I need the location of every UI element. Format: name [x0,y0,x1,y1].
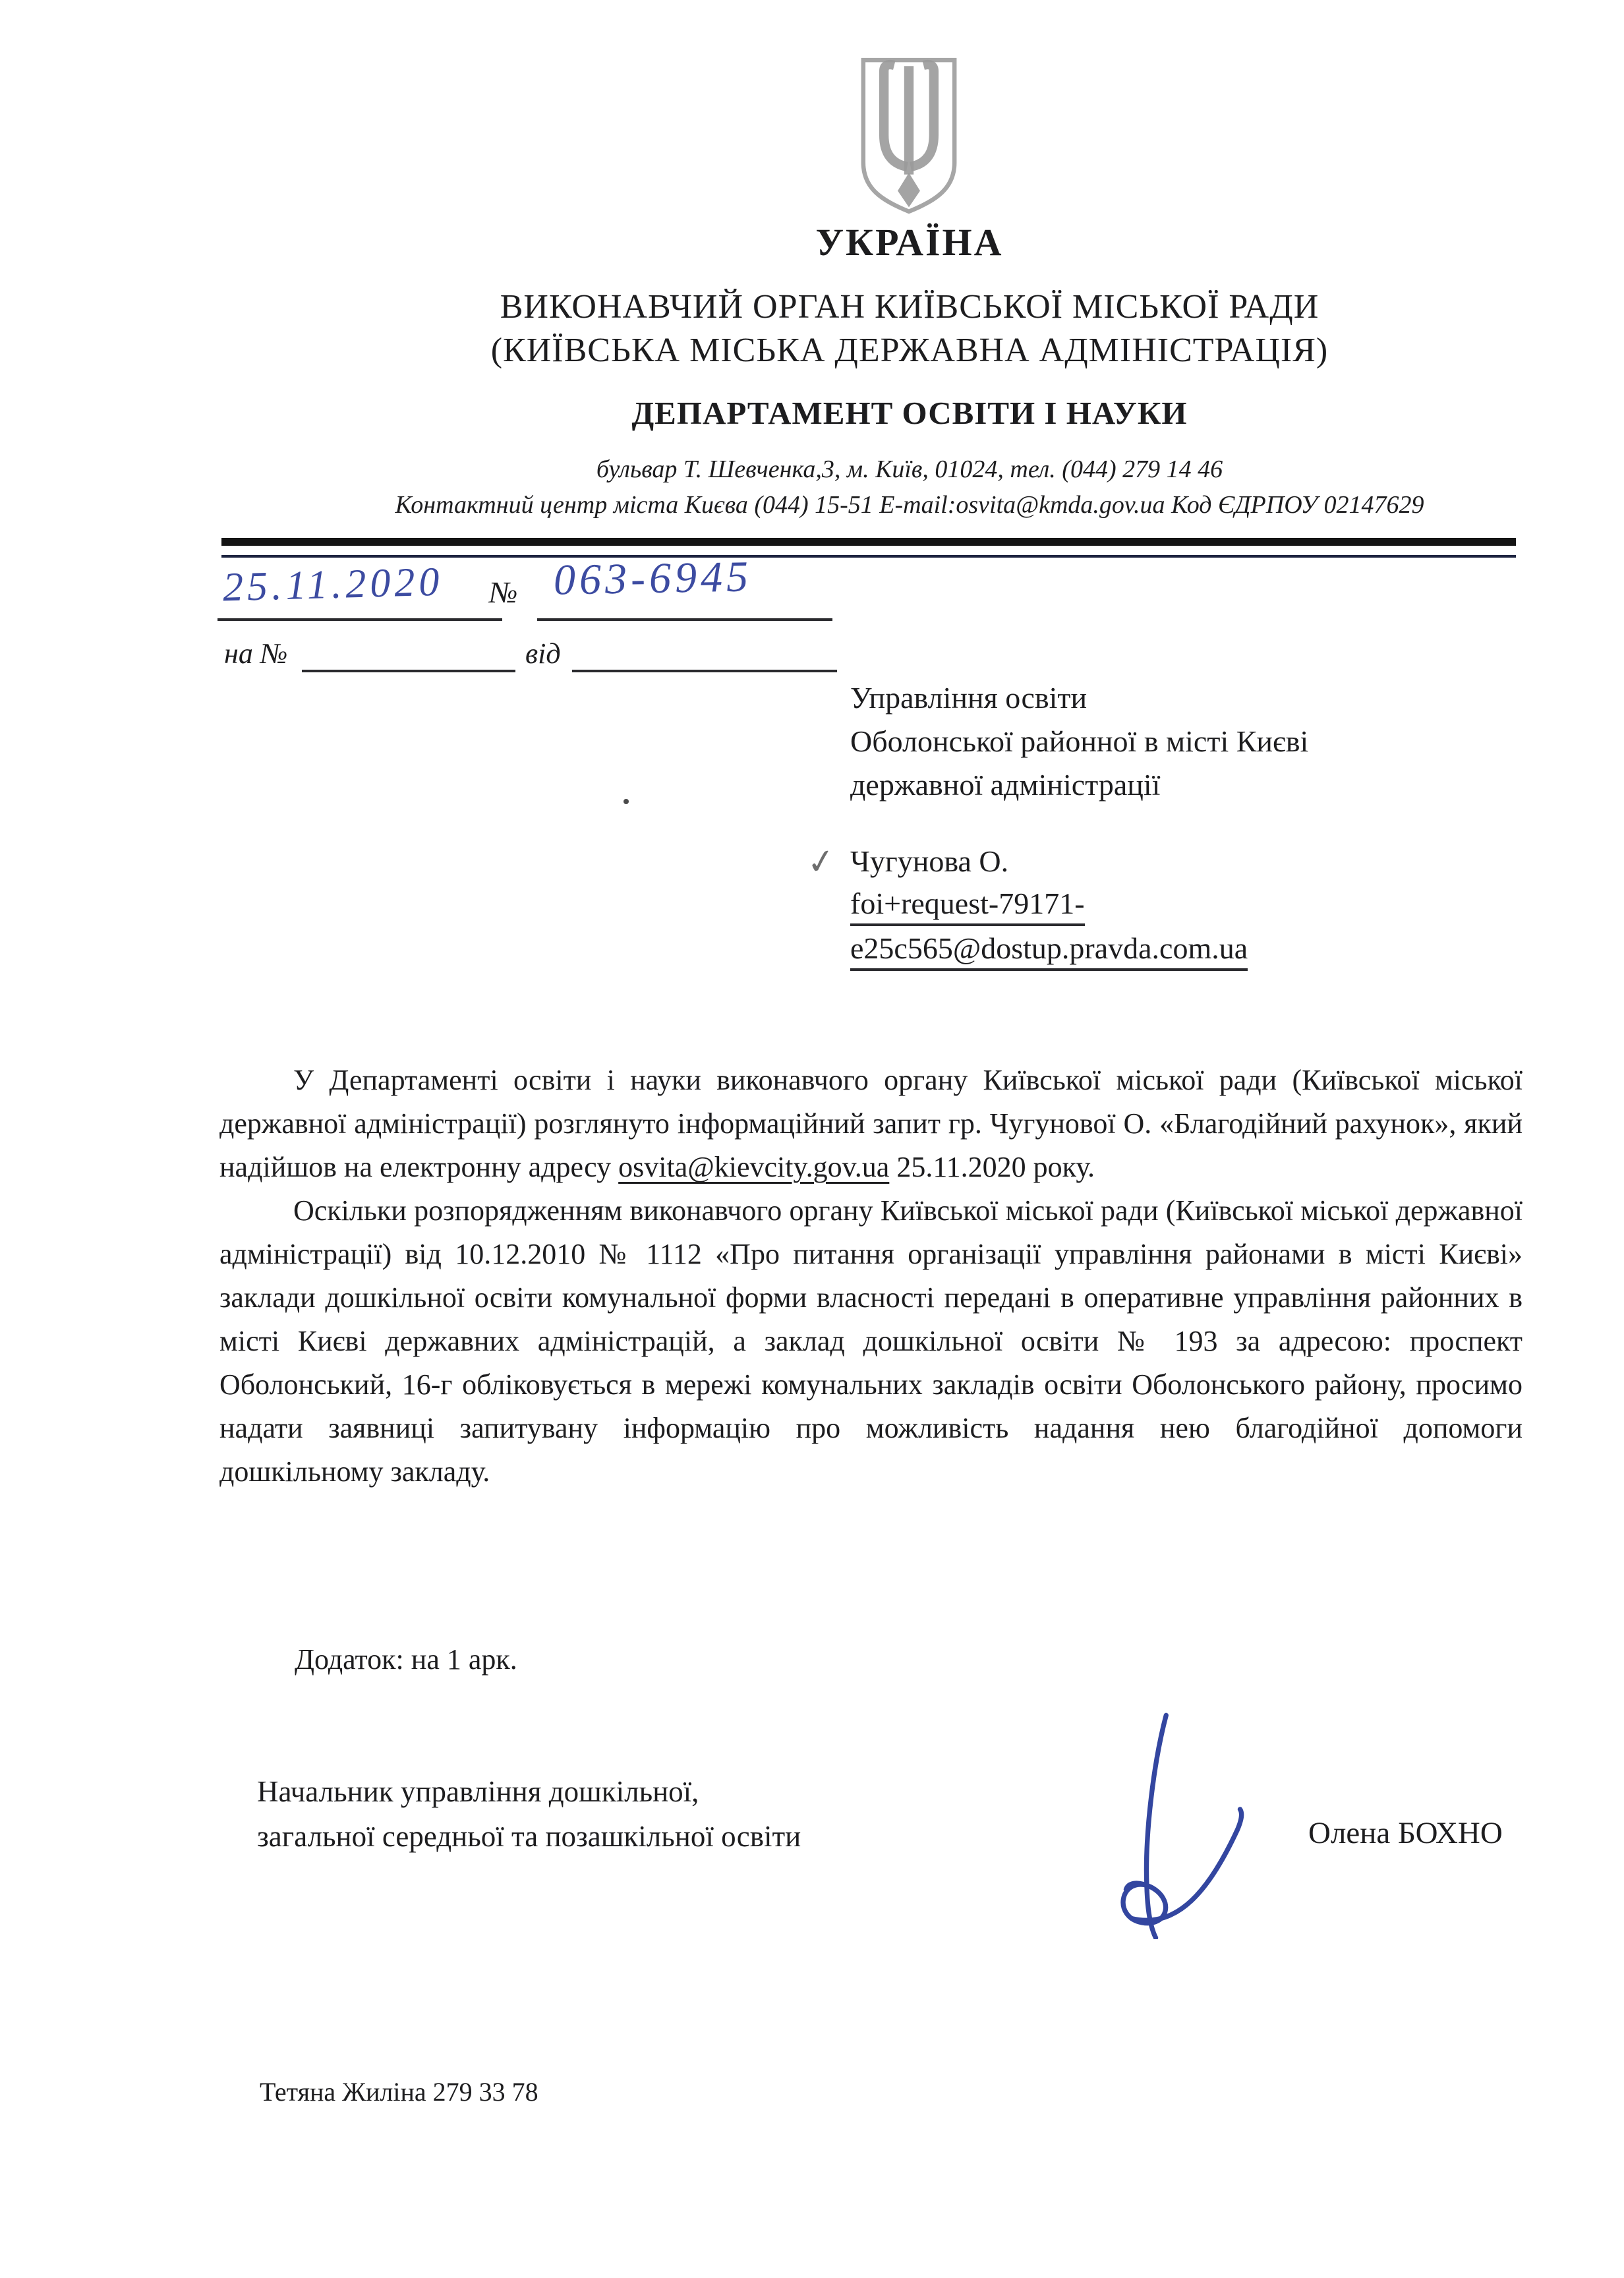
scanned-letter-page: УКРАЇНА ВИКОНАВЧИЙ ОРГАН КИЇВСЬКОЇ МІСЬК… [0,0,1624,2278]
recipient-org-line1: Управління освіти [850,676,1308,720]
address-line: бульвар Т. Шевченка,3, м. Київ, 01024, т… [198,455,1621,484]
scan-artifact-dot [623,799,629,804]
body-paragraph-2: Оскільки розпорядженням виконавчого орга… [219,1189,1522,1494]
department-name: ДЕПАРТАМЕНТ ОСВІТИ І НАУКИ [198,394,1621,432]
date-blank-underline [217,618,502,621]
org-name-line1: ВИКОНАВЧИЙ ОРГАН КИЇВСЬКОЇ МІСЬКОЇ РАДИ [198,287,1621,326]
recipient-email-line1: foi+request-79171- [850,886,1085,926]
recipient-org-line2: Оболонської районної в місті Києві [850,720,1308,763]
recipient-email-line2: e25c565@dostup.pravda.com.ua [850,931,1248,971]
letterhead-rule-thin [221,555,1516,558]
checkmark-icon: ✓ [804,840,838,883]
reply-date-blank-underline [572,670,837,672]
handwritten-signature [1087,1711,1265,1939]
recipient-email-part1: foi+request-79171- [850,886,1085,926]
department-email-underlined: osvita@kievcity.gov.ua [618,1151,889,1183]
handwritten-outgoing-number: 063-6945 [553,552,752,605]
executor-contact-line: Тетяна Жиліна 279 33 78 [260,2076,538,2107]
attachment-note: Додаток: на 1 арк. [295,1643,517,1676]
recipient-block: Управління освіти Оболонської районної в… [850,676,1308,807]
recipient-email-part2: e25c565@dostup.pravda.com.ua [850,931,1248,971]
signer-title-line1: Начальник управління дошкільної, [257,1769,801,1814]
body-paragraph-1: У Департаменті освіти і науки виконавчог… [219,1059,1522,1189]
contact-line: Контактний центр міста Києва (044) 15-51… [198,490,1621,519]
letterhead-rule-thick [221,538,1516,546]
ukraine-trident-emblem [857,54,961,218]
signer-name: Олена БОХНО [1308,1815,1503,1851]
handwritten-date: 25.11.2020 [222,559,444,612]
number-sign-label: № [489,575,517,610]
signer-title-block: Начальник управління дошкільної, загальн… [257,1769,801,1859]
country-title: УКРАЇНА [198,220,1621,264]
org-name-line2: (КИЇВСЬКА МІСЬКА ДЕРЖАВНА АДМІНІСТРАЦІЯ) [198,331,1621,370]
reply-number-blank-underline [302,670,515,672]
reply-to-number-label: на № [224,637,287,670]
paragraph1-text-after-email: 25.11.2020 року. [896,1151,1095,1183]
reply-from-date-label: від [525,637,561,670]
signer-title-line2: загальної середньої та позашкільної осві… [257,1814,801,1859]
recipient-org-line3: державної адміністрації [850,763,1308,807]
letter-body: У Департаменті освіти і науки виконавчог… [219,1059,1522,1494]
number-blank-underline [537,618,832,621]
recipient-person-name: Чугунова О. [850,844,1008,879]
